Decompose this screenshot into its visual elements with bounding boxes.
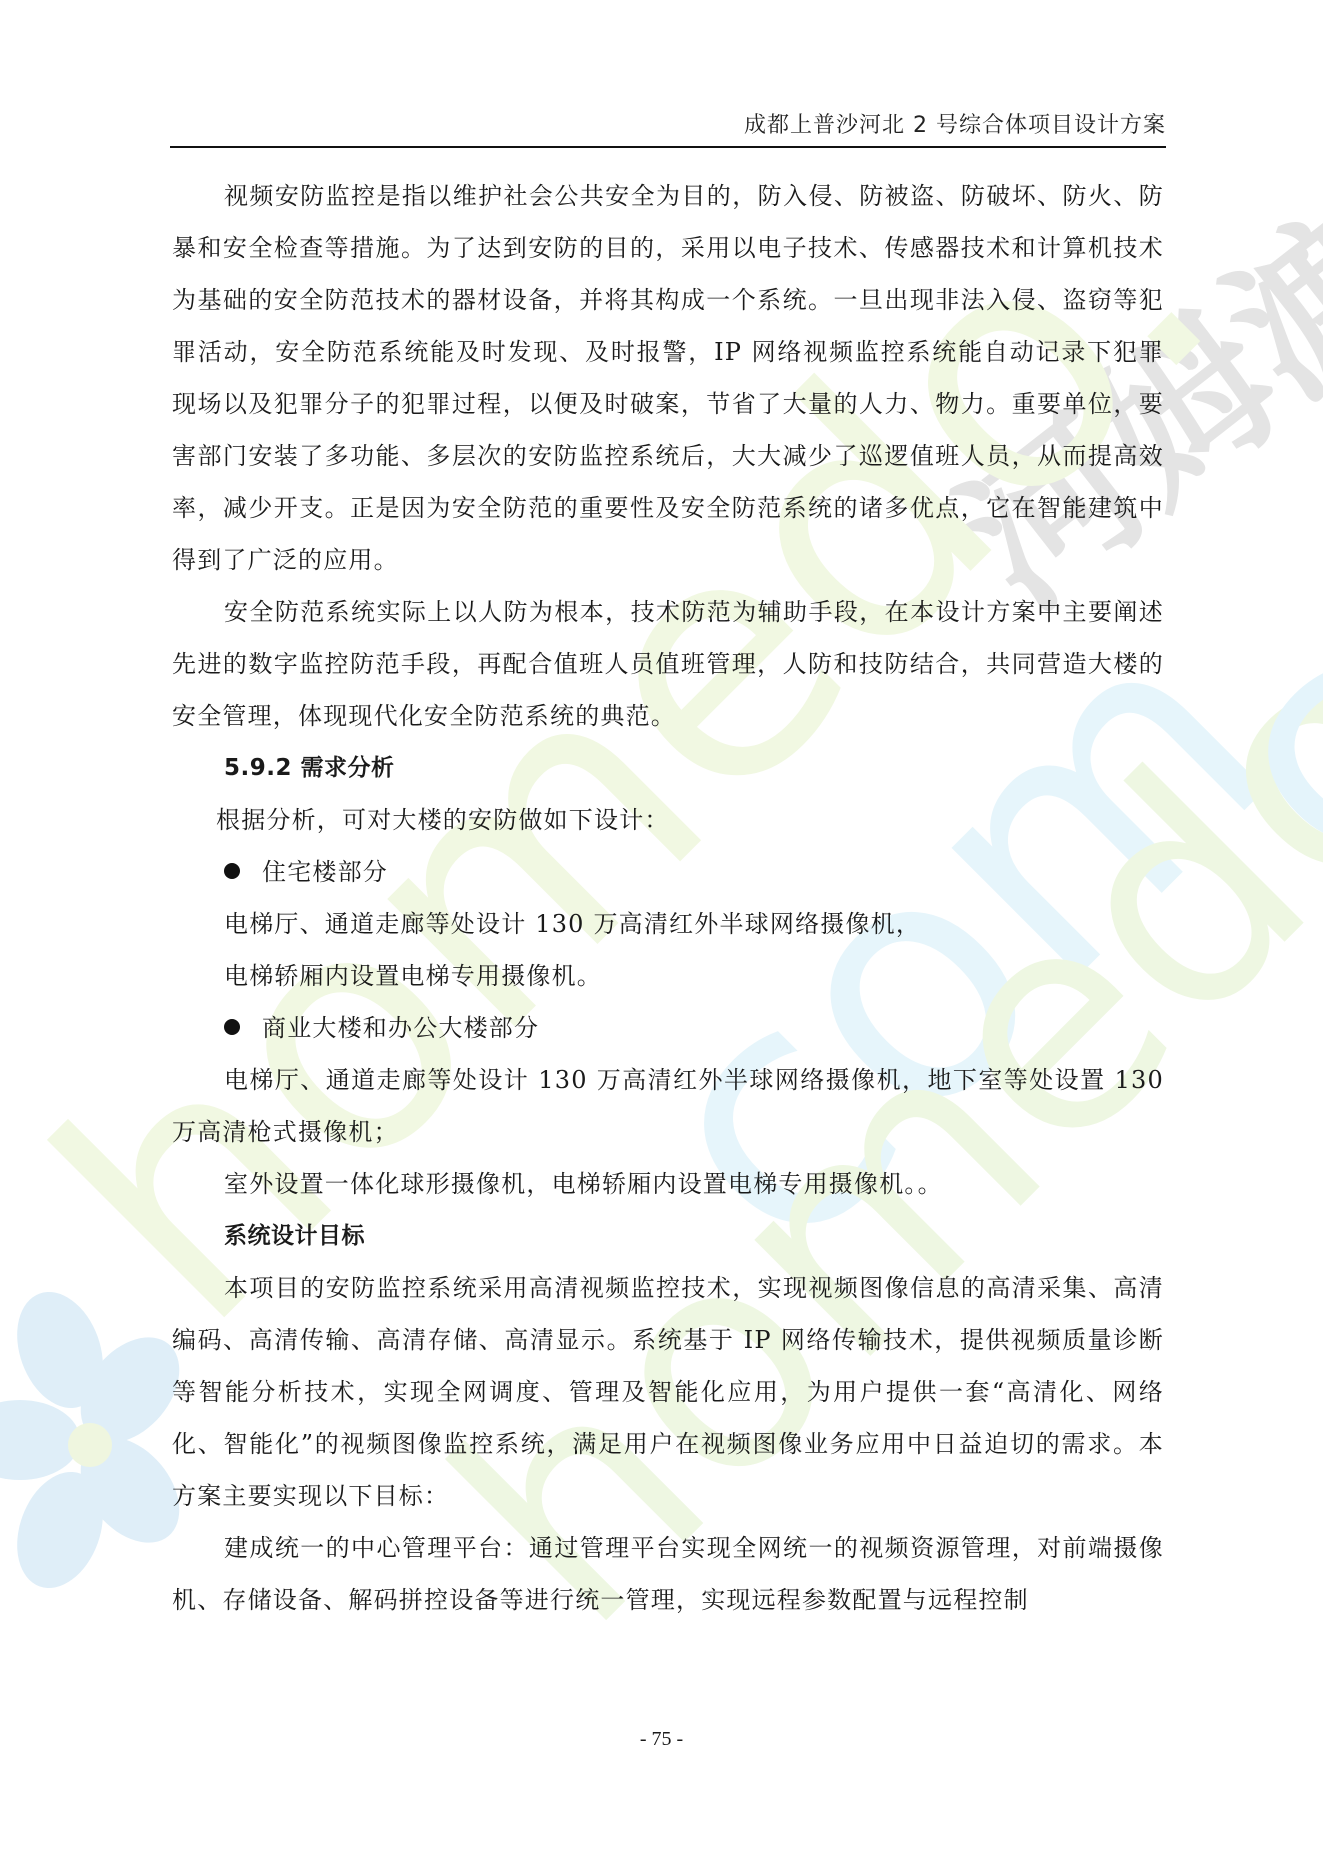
bullet-label: 商业大楼和办公大楼部分 bbox=[262, 1014, 539, 1042]
commercial-line-2: 室外设置一体化球形摄像机，电梯轿厢内设置电梯专用摄像机。。 bbox=[172, 1158, 1164, 1210]
residential-line-2: 电梯轿厢内设置电梯专用摄像机。 bbox=[172, 950, 1164, 1002]
bullet-icon bbox=[224, 1019, 240, 1035]
bullet-icon bbox=[224, 863, 240, 879]
paragraph-approach: 安全防范系统实际上以人防为根本，技术防范为辅助手段，在本设计方案中主要阐述先进的… bbox=[172, 586, 1164, 742]
paragraph-intro: 视频安防监控是指以维护社会公共安全为目的，防入侵、防被盗、防破坏、防火、防暴和安… bbox=[172, 170, 1164, 586]
page-number: - 75 - bbox=[0, 1728, 1323, 1751]
header-divider bbox=[170, 146, 1166, 148]
paragraph-design-goals: 本项目的安防监控系统采用高清视频监控技术，实现视频图像信息的高清采集、高清编码、… bbox=[172, 1262, 1164, 1522]
section-heading: 5.9.2 需求分析 bbox=[172, 742, 1164, 794]
watermark-flower-icon bbox=[0, 1280, 199, 1600]
bullet-item-residential: 住宅楼部分 bbox=[172, 846, 1164, 898]
subheading-design-goals: 系统设计目标 bbox=[172, 1210, 1164, 1262]
page-header: 成都上普沙河北 2 号综合体项目设计方案 bbox=[170, 108, 1166, 148]
paragraph-management-platform: 建成统一的中心管理平台：通过管理平台实现全网统一的视频资源管理，对前端摄像机、存… bbox=[172, 1522, 1164, 1626]
header-title: 成都上普沙河北 2 号综合体项目设计方案 bbox=[744, 108, 1166, 139]
bullet-item-commercial: 商业大楼和办公大楼部分 bbox=[172, 1002, 1164, 1054]
commercial-paragraph: 电梯厅、通道走廊等处设计 130 万高清红外半球网络摄像机，地下室等处设置 13… bbox=[172, 1054, 1164, 1158]
bullet-label: 住宅楼部分 bbox=[262, 858, 388, 886]
analysis-intro: 根据分析，可对大楼的安防做如下设计： bbox=[172, 794, 1164, 846]
document-body: 视频安防监控是指以维护社会公共安全为目的，防入侵、防被盗、防破坏、防火、防暴和安… bbox=[172, 170, 1164, 1626]
residential-line-1: 电梯厅、通道走廊等处设计 130 万高清红外半球网络摄像机， bbox=[172, 898, 1164, 950]
svg-text:com: com bbox=[1147, 233, 1323, 933]
